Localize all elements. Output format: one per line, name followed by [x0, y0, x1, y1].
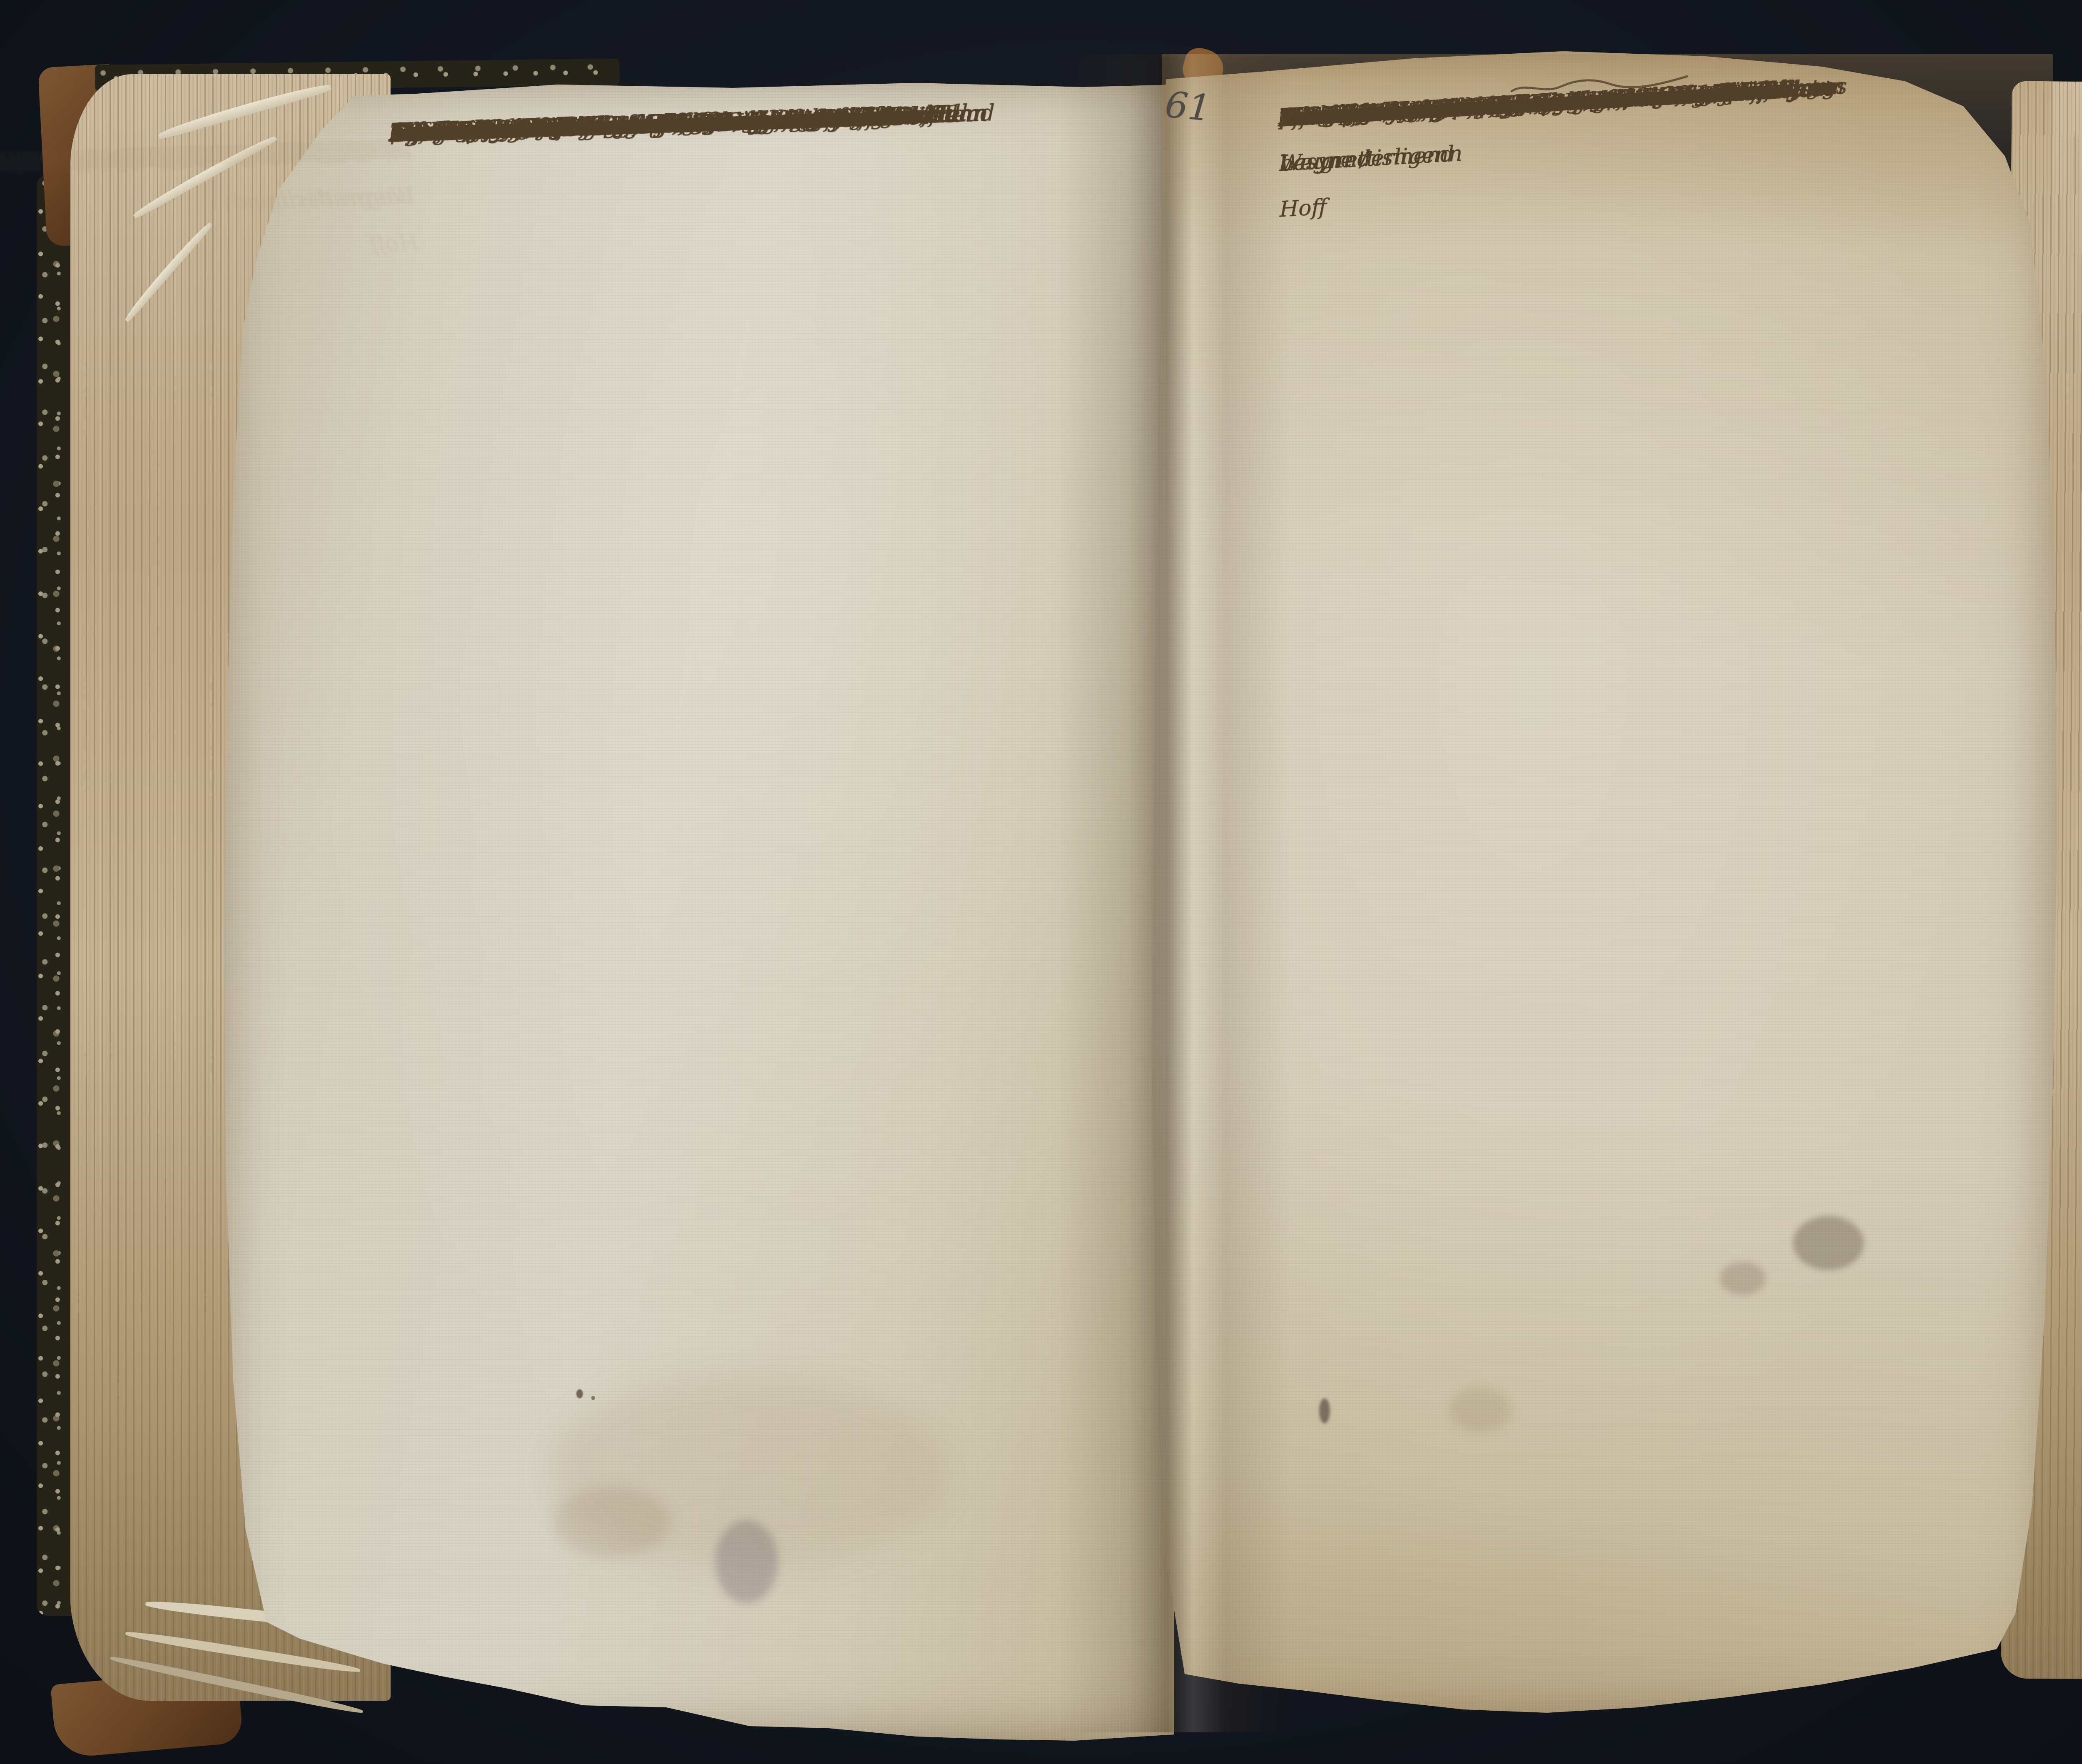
- folio-number: 61: [1163, 84, 1213, 129]
- manuscript-line: for. Actum vt supra.: [182, 125, 412, 179]
- photo-stage: Omgengellse / Som En Ehrlig Christenn Ma…: [0, 0, 2082, 1764]
- right-page: [1147, 48, 2063, 1730]
- left-page: [217, 81, 1174, 1745]
